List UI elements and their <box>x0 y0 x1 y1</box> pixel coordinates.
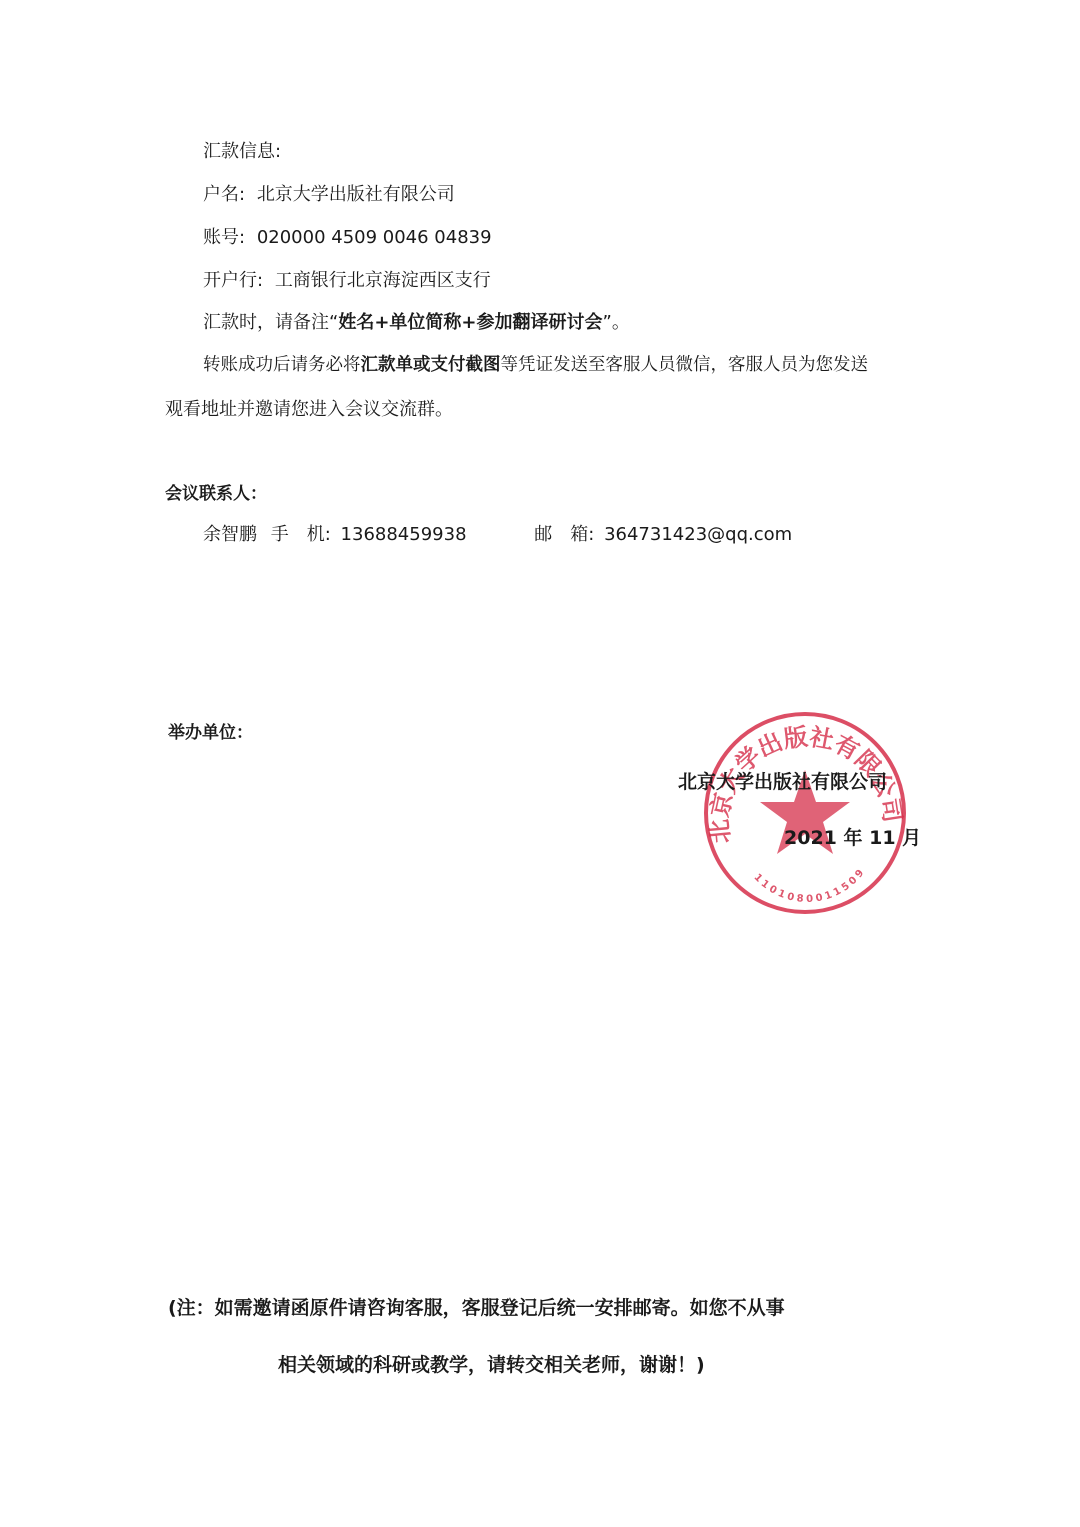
remark-bold: 姓名+单位简称+参加翻译研讨会 <box>338 312 602 333</box>
phone-label: 手 机: <box>271 524 331 545</box>
account-name-value: 北京大学出版社有限公司 <box>257 184 455 205</box>
transfer-bold: 汇款单或支付截图 <box>361 355 501 375</box>
bank-value: 工商银行北京海淀西区支行 <box>275 270 491 291</box>
contact-row: 余智鹏 手 机: 13688459938 邮 箱: 364731423@qq.c… <box>203 523 792 547</box>
account-number-value: 020000 4509 0046 04839 <box>257 227 492 248</box>
account-number-row: 账号: 020000 4509 0046 04839 <box>203 226 492 250</box>
account-number-label: 账号: <box>203 227 245 248</box>
email-value: 364731423@qq.com <box>604 524 792 545</box>
account-name-row: 户名: 北京大学出版社有限公司 <box>203 183 455 207</box>
bank-label: 开户行: <box>203 270 263 291</box>
bank-row: 开户行: 工商银行北京海淀西区支行 <box>203 269 491 293</box>
remark-prefix: 汇款时，请备注“ <box>203 312 338 333</box>
phone-value: 13688459938 <box>341 524 467 545</box>
contact-name: 余智鹏 <box>203 524 257 545</box>
remittance-heading: 汇款信息: <box>203 140 281 164</box>
organizer-name: 北京大学出版社有限公司 <box>678 770 887 794</box>
note-line-2: 相关领域的科研或教学，请转交相关老师，谢谢！) <box>278 1350 705 1377</box>
organizer-date: 2021 年 11 月 <box>784 826 921 850</box>
account-name-label: 户名: <box>203 184 245 205</box>
remark-suffix: ”。 <box>603 312 630 333</box>
note-line-1: (注：如需邀请函原件请咨询客服，客服登记后统一安排邮寄。如您不从事 <box>168 1293 785 1320</box>
organizer-heading: 举办单位： <box>168 721 253 745</box>
remark-row: 汇款时，请备注“姓名+单位简称+参加翻译研讨会”。 <box>203 311 630 335</box>
official-seal-icon: 北京大学出版社有限公司 1101080011509 <box>702 708 908 918</box>
email-label: 邮 箱: <box>534 524 594 545</box>
contact-heading: 会议联系人： <box>165 482 267 506</box>
transfer-prefix: 转账成功后请务必将 <box>203 355 361 375</box>
transfer-suffix: 等凭证发送至客服人员微信，客服人员为您发送 <box>501 355 869 375</box>
transfer-row-2: 观看地址并邀请您进入会议交流群。 <box>165 398 453 422</box>
transfer-row-1: 转账成功后请务必将汇款单或支付截图等凭证发送至客服人员微信，客服人员为您发送 <box>203 353 868 377</box>
